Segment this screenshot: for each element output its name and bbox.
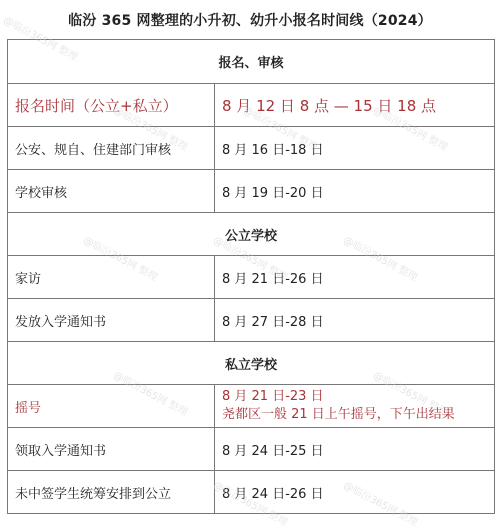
section-header-registration: 报名、审核 — [8, 40, 495, 84]
row-label: 家访 — [8, 256, 215, 299]
timeline-table: 报名、审核 报名时间（公立+私立） 8 月 12 日 8 点 — 15 日 18… — [7, 39, 495, 514]
row-value: 8 月 24 日-26 日 — [215, 471, 495, 514]
row-value-note: 尧都区一般 21 日上午摇号，下午出结果 — [222, 406, 494, 424]
row-value: 8 月 19 日-20 日 — [215, 170, 495, 213]
row-label: 报名时间（公立+私立） — [8, 84, 215, 127]
table-row: 发放入学通知书 8 月 27 日-28 日 — [8, 299, 495, 342]
row-label: 发放入学通知书 — [8, 299, 215, 342]
table-row: 家访 8 月 21 日-26 日 — [8, 256, 495, 299]
table-row: 领取入学通知书 8 月 24 日-25 日 — [8, 428, 495, 471]
table-row: 摇号 8 月 21 日-23 日 尧都区一般 21 日上午摇号，下午出结果 — [8, 385, 495, 428]
row-label: 领取入学通知书 — [8, 428, 215, 471]
row-value: 8 月 27 日-28 日 — [215, 299, 495, 342]
row-value: 8 月 21 日-23 日 尧都区一般 21 日上午摇号，下午出结果 — [215, 385, 495, 428]
row-label: 未中签学生统筹安排到公立 — [8, 471, 215, 514]
row-label: 公安、规自、住建部门审核 — [8, 127, 215, 170]
table-row: 未中签学生统筹安排到公立 8 月 24 日-26 日 — [8, 471, 495, 514]
row-value: 8 月 24 日-25 日 — [215, 428, 495, 471]
row-label: 摇号 — [8, 385, 215, 428]
section-header-private: 私立学校 — [8, 342, 495, 385]
section-heading: 公立学校 — [8, 213, 495, 256]
table-row: 公安、规自、住建部门审核 8 月 16 日-18 日 — [8, 127, 495, 170]
row-value-date: 8 月 21 日-23 日 — [222, 388, 494, 406]
section-header-public: 公立学校 — [8, 213, 495, 256]
row-value: 8 月 21 日-26 日 — [215, 256, 495, 299]
row-label: 学校审核 — [8, 170, 215, 213]
row-value: 8 月 16 日-18 日 — [215, 127, 495, 170]
table-row: 报名时间（公立+私立） 8 月 12 日 8 点 — 15 日 18 点 — [8, 84, 495, 127]
page-title: 临汾 365 网整理的小升初、幼升小报名时间线（2024） — [0, 10, 500, 30]
row-value: 8 月 12 日 8 点 — 15 日 18 点 — [215, 84, 495, 127]
section-heading: 私立学校 — [8, 342, 495, 385]
section-heading: 报名、审核 — [8, 40, 495, 84]
table-row: 学校审核 8 月 19 日-20 日 — [8, 170, 495, 213]
